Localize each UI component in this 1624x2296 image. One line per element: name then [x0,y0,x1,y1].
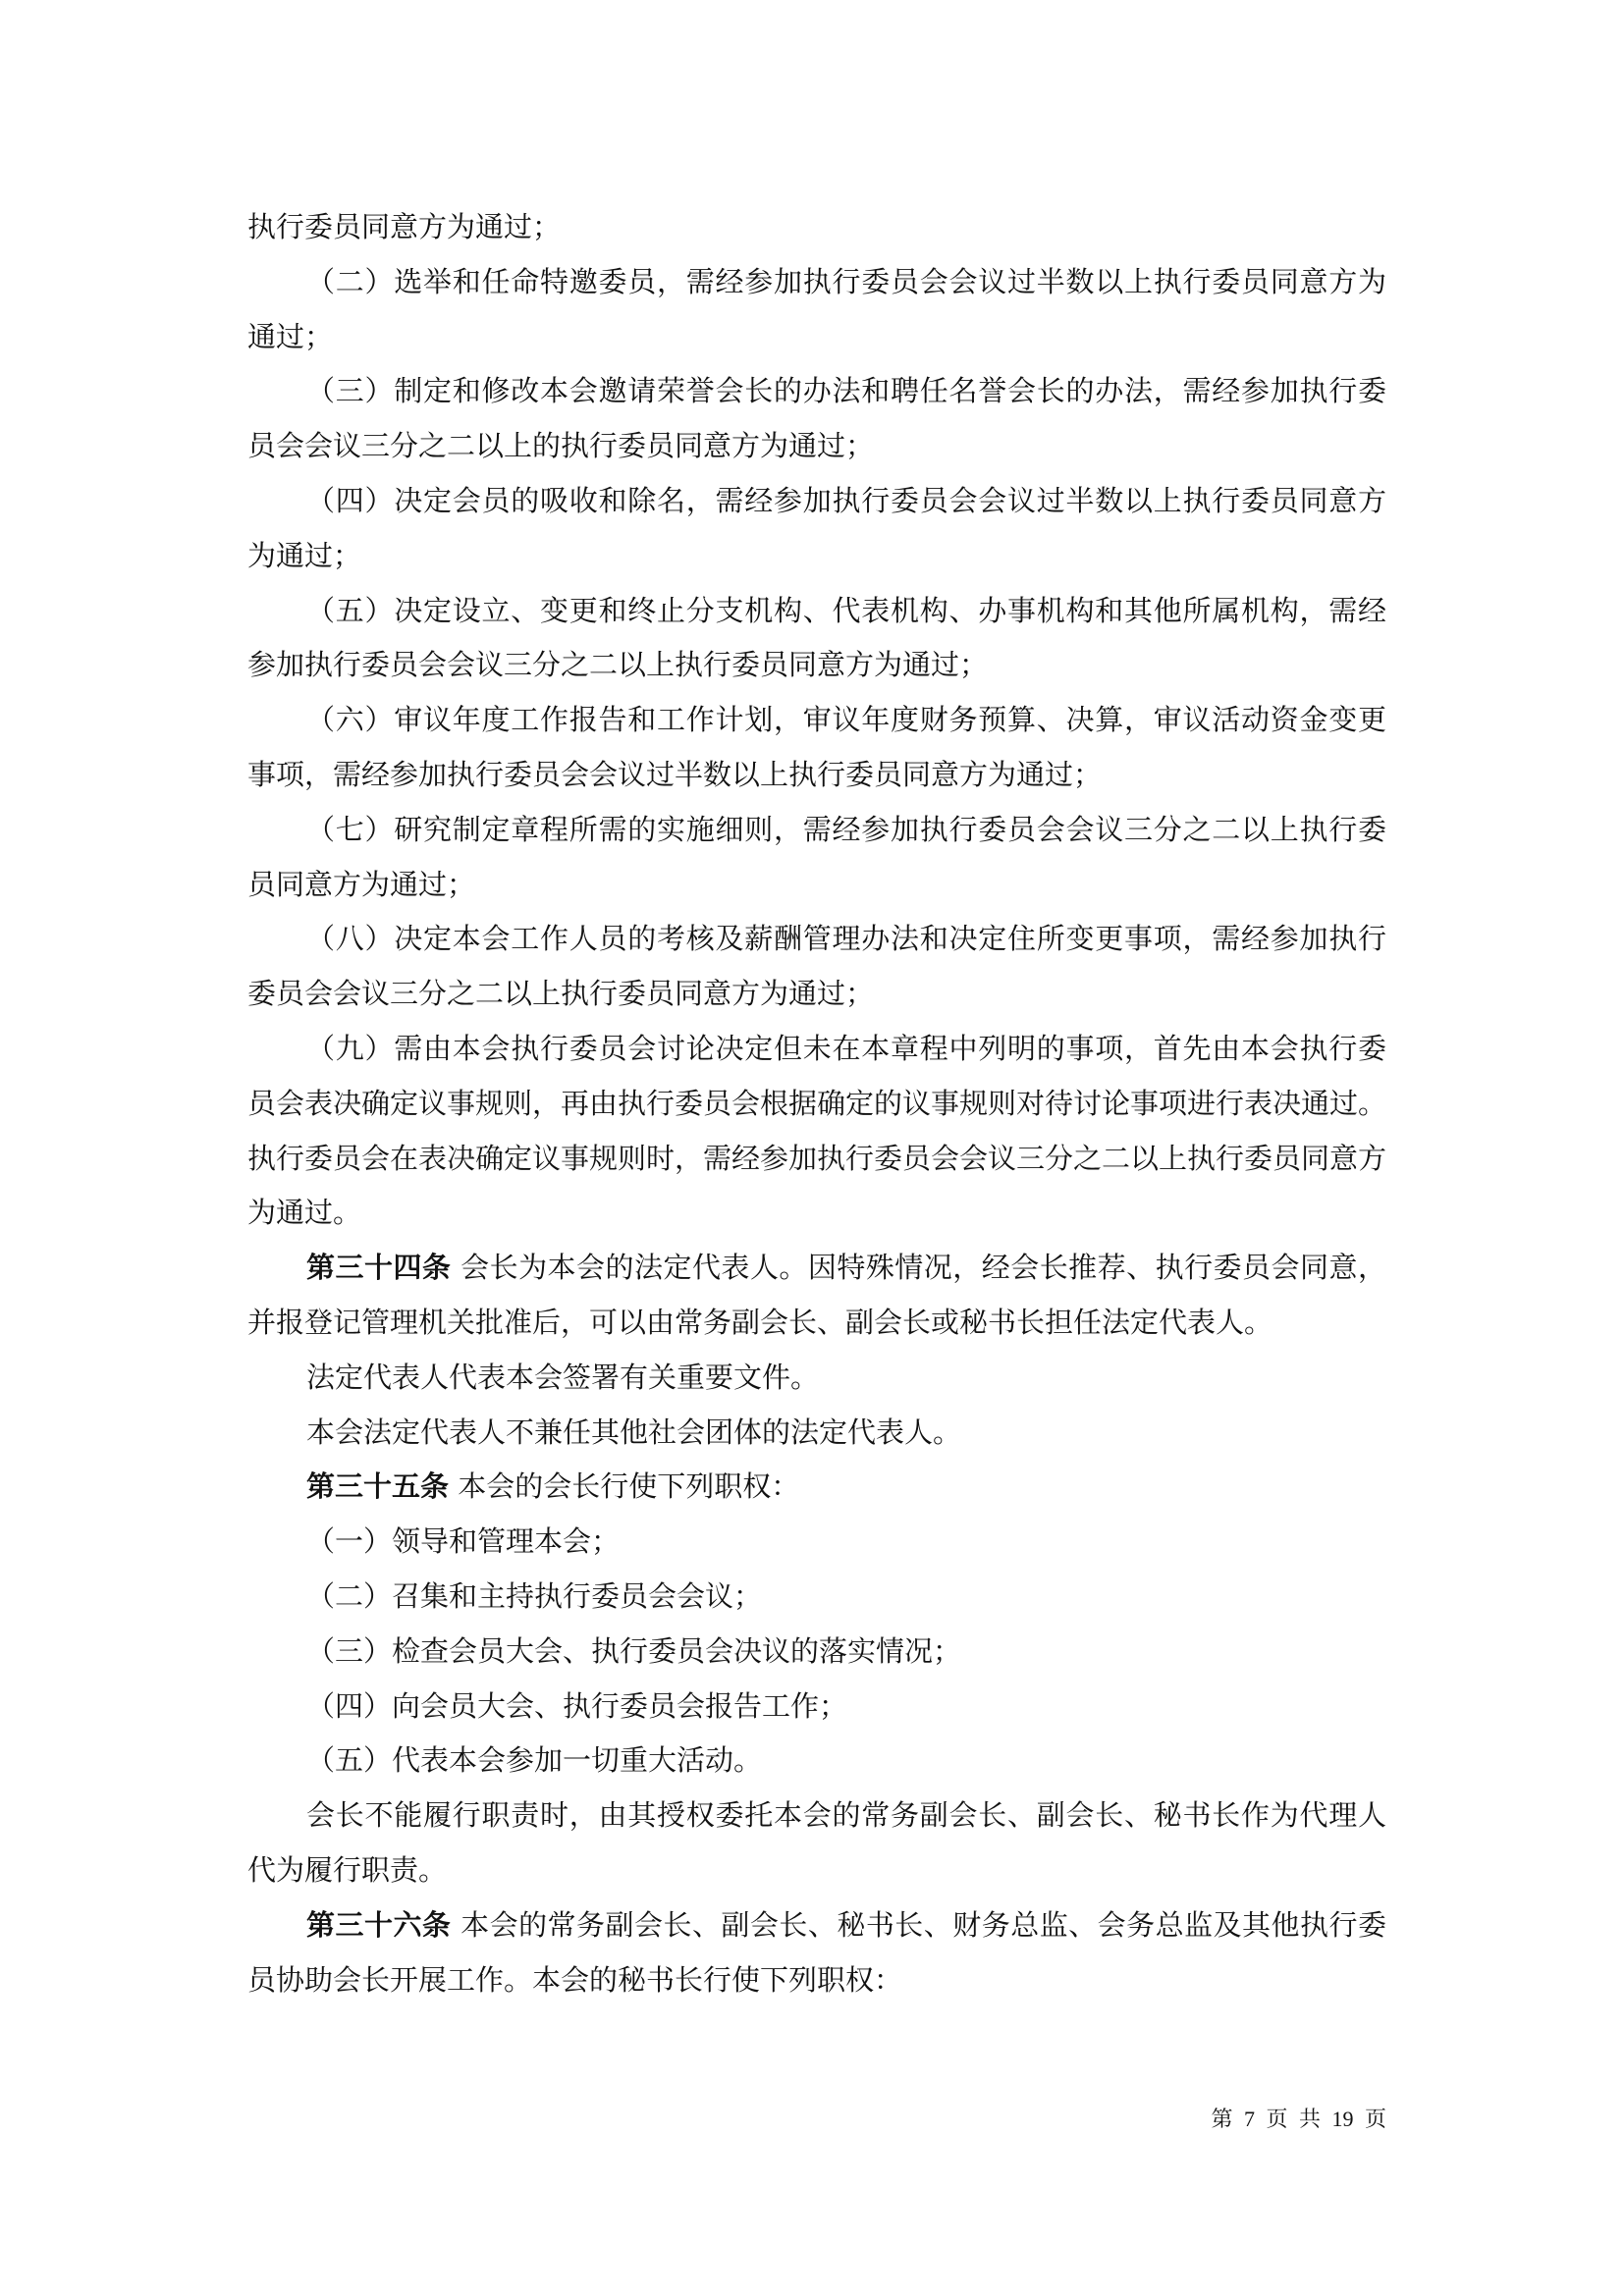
paragraph-continuation: 执行委员同意方为通过； [247,200,1386,255]
article-36-heading: 第三十六条 [306,1908,451,1942]
article-34: 第三十四条 会长为本会的法定代表人。因特殊情况，经会长推荐、执行委员会同意，并报… [247,1241,1386,1351]
article-35-item-2: （二）召集和主持执行委员会会议； [247,1570,1386,1625]
article-35-text: 本会的会长行使下列职权： [449,1469,799,1503]
list-item-4: （四）决定会员的吸收和除名，需经参加执行委员会会议过半数以上执行委员同意方为通过… [247,474,1386,584]
article-35-item-5: （五）代表本会参加一切重大活动。 [247,1734,1386,1789]
list-item-9: （九）需由本会执行委员会讨论决定但未在本章程中列明的事项，首先由本会执行委员会表… [247,1022,1386,1241]
article-35-item-4: （四）向会员大会、执行委员会报告工作； [247,1680,1386,1735]
article-34-heading: 第三十四条 [306,1251,451,1284]
article-34-para-2: 法定代表人代表本会签署有关重要文件。 [247,1351,1386,1406]
article-35-closing: 会长不能履行职责时，由其授权委托本会的常务副会长、副会长、秘书长作为代理人代为履… [247,1789,1386,1898]
list-item-3: （三）制定和修改本会邀请荣誉会长的办法和聘任名誉会长的办法，需经参加执行委员会会… [247,364,1386,474]
list-item-8: （八）决定本会工作人员的考核及薪酬管理办法和决定住所变更事项，需经参加执行委员会… [247,912,1386,1022]
article-35-item-3: （三）检查会员大会、执行委员会决议的落实情况； [247,1625,1386,1680]
article-35-item-1: （一）领导和管理本会； [247,1515,1386,1570]
article-35: 第三十五条 本会的会长行使下列职权： [247,1460,1386,1515]
article-36: 第三十六条 本会的常务副会长、副会长、秘书长、财务总监、会务总监及其他执行委员协… [247,1898,1386,2008]
list-item-6: （六）审议年度工作报告和工作计划，审议年度财务预算、决算，审议活动资金变更事项，… [247,693,1386,803]
list-item-7: （七）研究制定章程所需的实施细则，需经参加执行委员会会议三分之二以上执行委员同意… [247,803,1386,913]
list-item-5: （五）决定设立、变更和终止分支机构、代表机构、办事机构和其他所属机构，需经参加执… [247,584,1386,694]
article-35-heading: 第三十五条 [306,1469,449,1503]
document-page: 执行委员同意方为通过； （二）选举和任命特邀委员，需经参加执行委员会会议过半数以… [247,200,1386,2007]
article-34-para-3: 本会法定代表人不兼任其他社会团体的法定代表人。 [247,1406,1386,1461]
page-number: 第 7 页 共 19 页 [1178,2103,1386,2133]
list-item-2: （二）选举和任命特邀委员，需经参加执行委员会会议过半数以上执行委员同意方为通过； [247,255,1386,365]
